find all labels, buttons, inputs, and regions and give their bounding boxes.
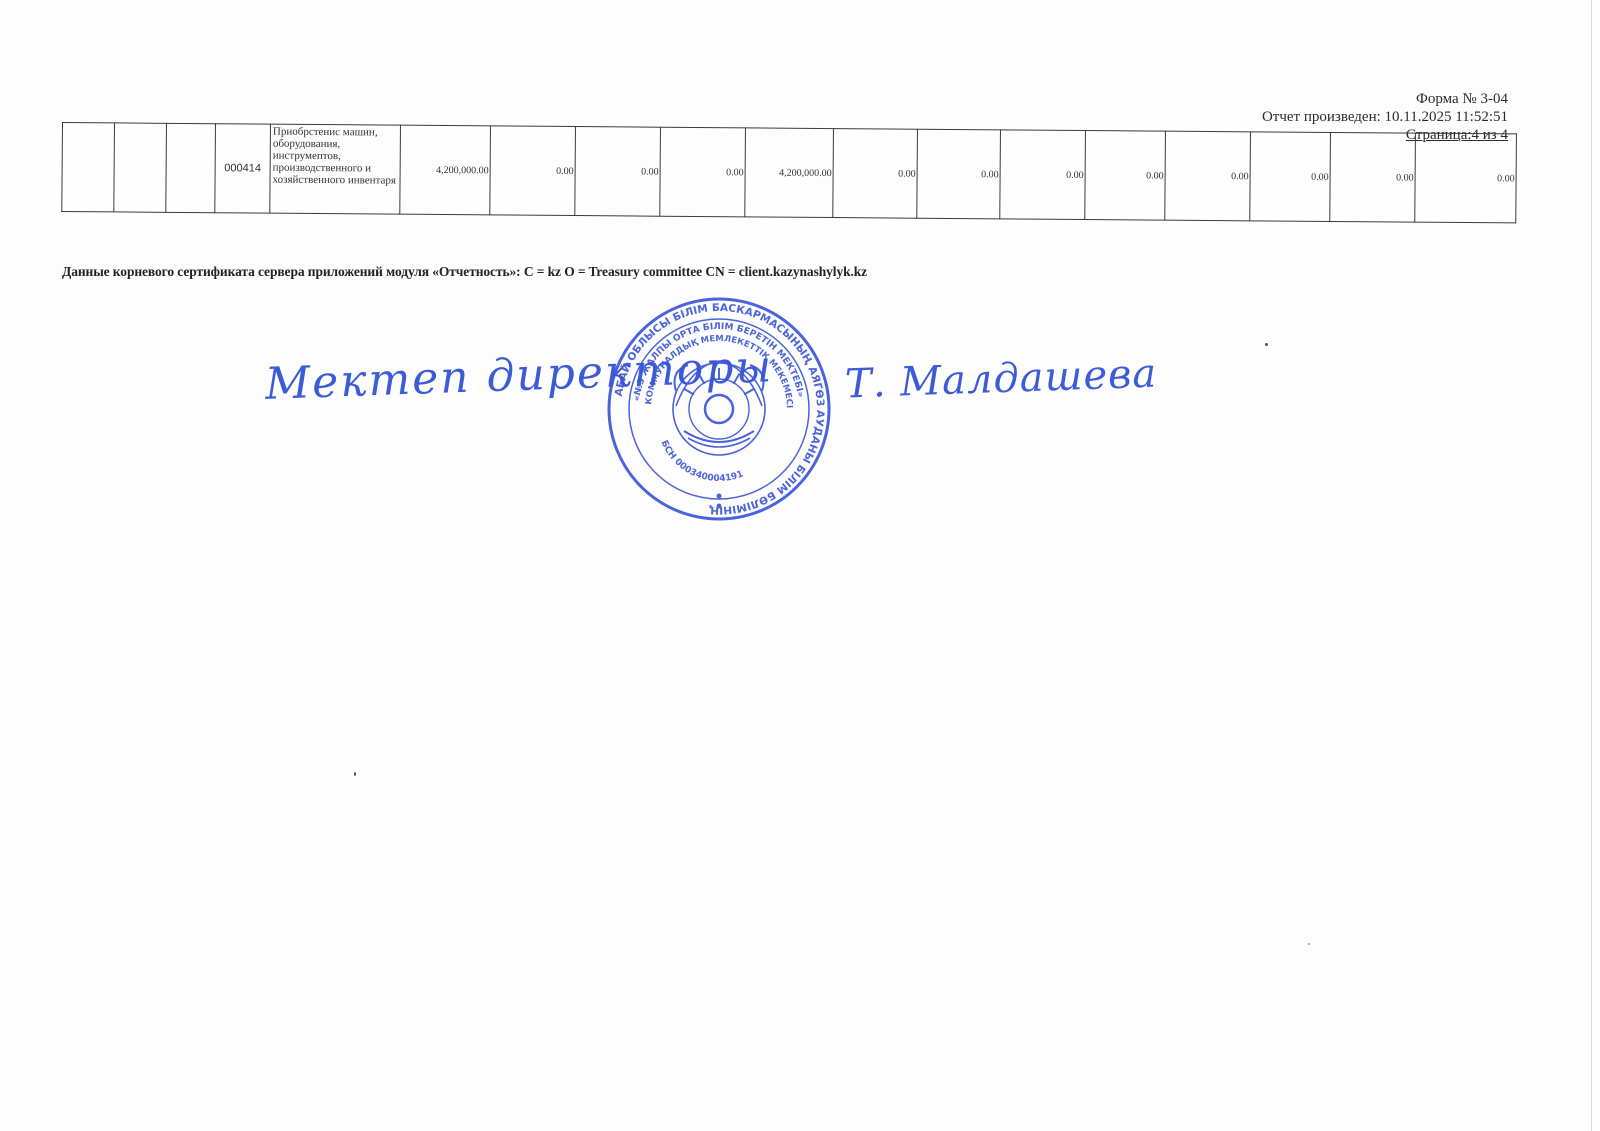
value-cell: 0.00 (575, 127, 661, 217)
value-cell: 0.00 (1165, 131, 1251, 221)
value-cell: 0.00 (490, 126, 576, 216)
scan-speck (1265, 343, 1268, 346)
form-number: Форма № 3-04 (1262, 90, 1508, 108)
value-cell: 0.00 (1000, 130, 1086, 220)
official-seal-stamp: АБАЙ ОБЛЫСЫ БІЛІМ БАСКАРМАСЫНЫҢ АЯГӨЗ АУ… (606, 296, 832, 522)
value-cell: 0.00 (1330, 132, 1416, 222)
value-cell: 4,200,000.00 (400, 125, 491, 215)
value-cell: 0.00 (1085, 131, 1166, 221)
report-generated-timestamp: Отчет произведен: 10.11.2025 11:52:51 (1262, 108, 1508, 126)
signature-name-handwritten: Т. Малдашева (844, 351, 1158, 408)
report-table: 000414 Приобрстенис машин, оборудования,… (61, 122, 1517, 223)
table-row: 000414 Приобрстенис машин, оборудования,… (62, 123, 1517, 223)
scan-speck (354, 772, 356, 776)
value-cell: 0.00 (1415, 133, 1517, 223)
scan-speck (1308, 943, 1310, 945)
empty-cell (114, 123, 167, 212)
report-table-container: 000414 Приобрстенис машин, оборудования,… (61, 122, 1516, 223)
page-edge (1591, 0, 1592, 1131)
value-cell: 0.00 (917, 129, 1001, 219)
expense-name-cell: Приобрстенис машин, оборудования, инстру… (270, 124, 401, 214)
root-certificate-info: Данные корневого сертификата сервера при… (62, 264, 867, 280)
value-cell: 0.00 (833, 129, 918, 219)
empty-cell (166, 123, 216, 212)
sun-rays-icon (683, 368, 755, 395)
empty-cell (62, 123, 115, 212)
value-cell: 0.00 (1250, 132, 1331, 222)
specifics-code-cell: 000414 (215, 124, 271, 213)
value-cell: 0.00 (660, 127, 746, 217)
value-cell: 4,200,000.00 (745, 128, 834, 218)
